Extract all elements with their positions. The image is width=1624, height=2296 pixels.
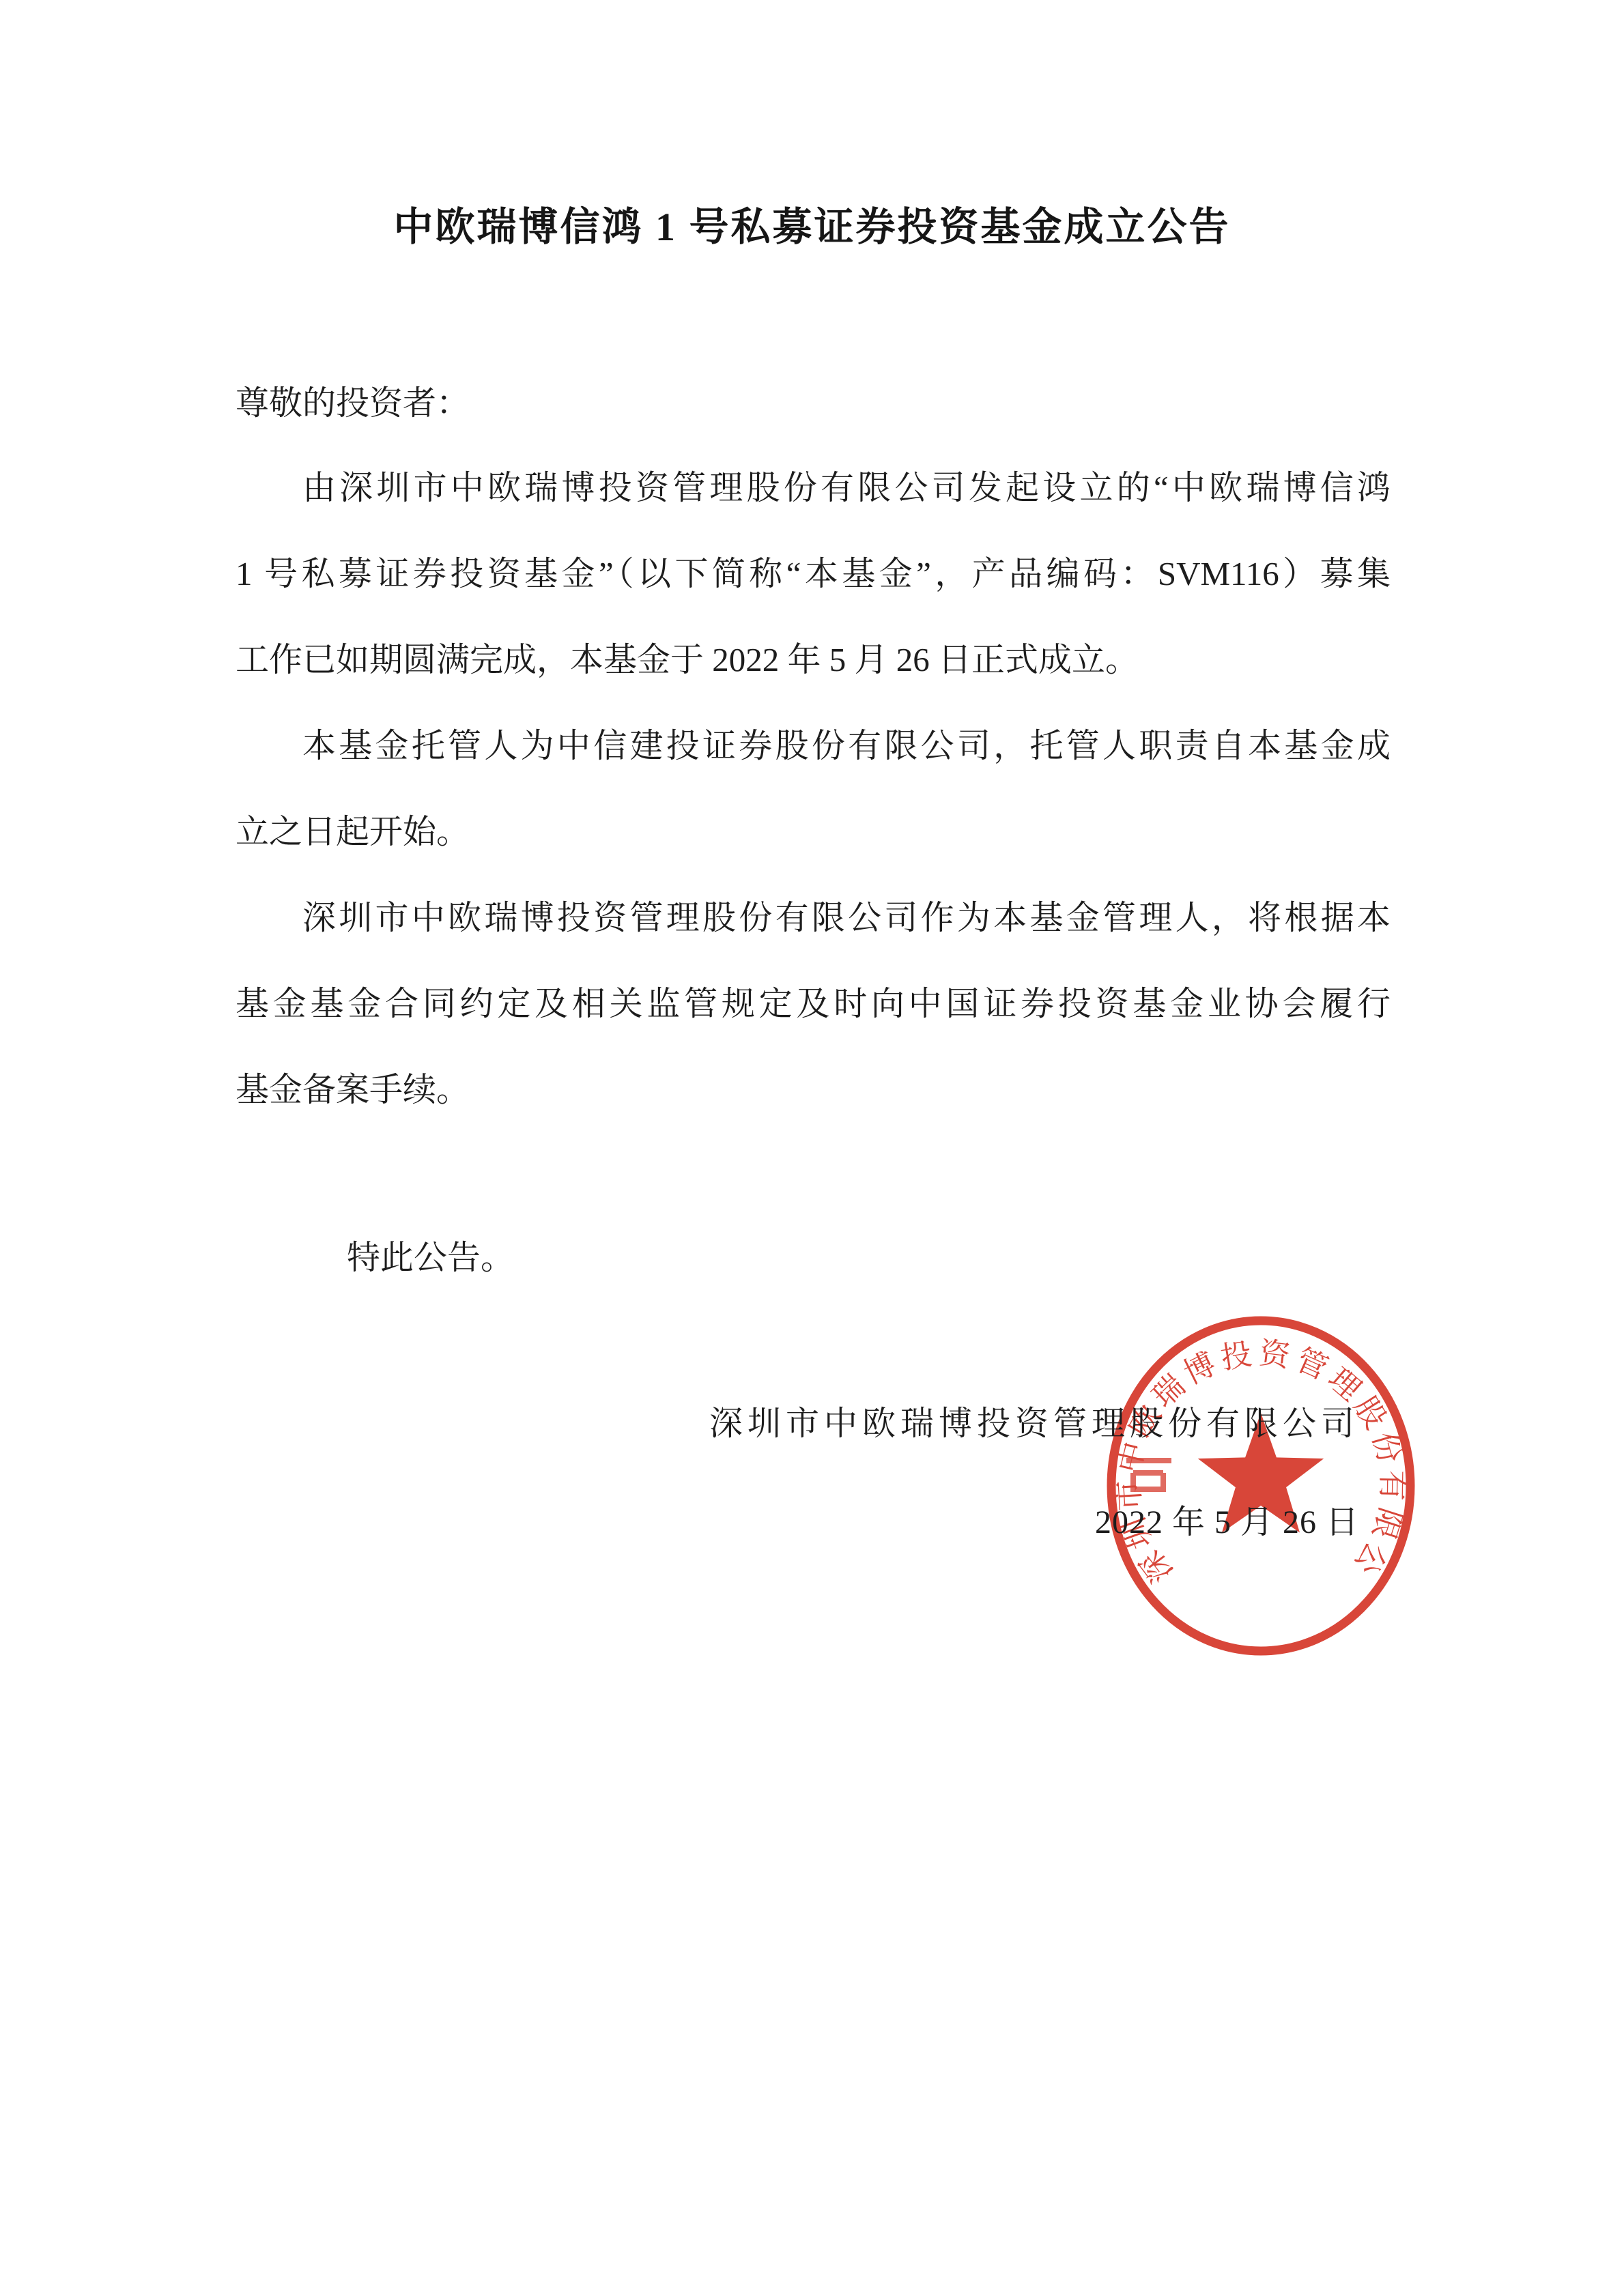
body-line: 1 号私募证券投资基金”（以下简称“本基金”，产品编码：SVM116）募集 [236,553,1391,595]
body-line: 工作已如期圆满完成，本基金于 2022 年 5 月 26 日正式成立。 [236,639,1391,681]
closing-note: 特此公告。 [347,1237,514,1279]
body-line: 基金备案手续。 [236,1069,1391,1111]
body-line: 立之日起开始。 [236,811,1391,853]
signature-date: 2022 年 5 月 26 日 [709,1502,1359,1543]
signature-company: 深圳市中欧瑞博投资管理股份有限公司 [709,1403,1359,1444]
body-line: 基金基金合同约定及相关监管规定及时向中国证券投资基金业协会履行 [236,983,1391,1025]
body-line: 由深圳市中欧瑞博投资管理股份有限公司发起设立的“中欧瑞博信鸿 [236,467,1391,509]
document-page: 中欧瑞博信鸿 1 号私募证券投资基金成立公告 尊敬的投资者： 由深圳市中欧瑞博投… [0,0,1624,2296]
body-line: 深圳市中欧瑞博投资管理股份有限公司作为本基金管理人，将根据本 [236,897,1391,939]
document-body: 由深圳市中欧瑞博投资管理股份有限公司发起设立的“中欧瑞博信鸿 1 号私募证券投资… [236,0,1391,2296]
body-line: 本基金托管人为中信建投证券股份有限公司，托管人职责自本基金成 [236,725,1391,767]
signature-block: 深圳市中欧瑞博投资管理股份有限公司 2022 年 5 月 26 日 [709,1403,1359,1543]
